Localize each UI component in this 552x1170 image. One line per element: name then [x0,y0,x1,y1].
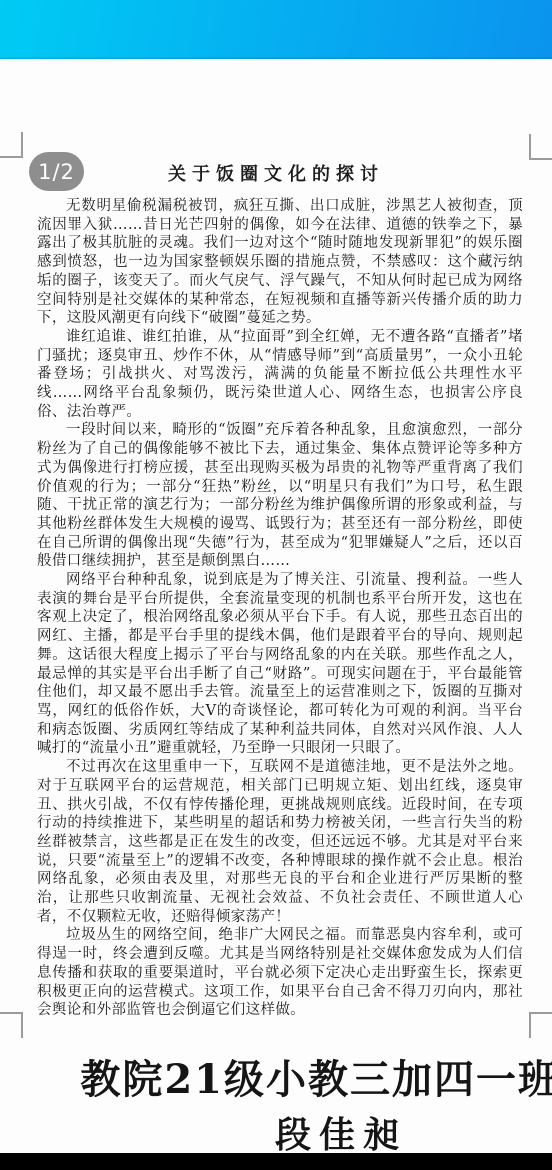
document-viewer-page[interactable]: 1/2 关于饭圈文化的探讨 无数明星偷税漏税被罚，疯狂互撕、出口成脏，涉黑艺人被… [0,0,552,1170]
signature-class-line: 教院21级小教三加四一班 [0,1048,552,1105]
bottom-black-bar [0,1153,552,1170]
crop-corner-bottom-right-icon [529,1012,552,1038]
document-title: 关于饭圈文化的探讨 [0,160,552,186]
crop-corner-bottom-left-icon [0,1012,23,1038]
essay-paragraph: 无数明星偷税漏税被罚，疯狂互撕、出口成脏，涉黑艺人被彻查，顶流因罪入狱……昔日光… [37,197,523,328]
essay-paragraph: 网络平台种种乱象，说到底是为了博关注、引流量、搜利益。一些人表演的舞台是平台所提… [37,571,523,758]
essay-paragraph: 不过再次在这里重申一下，互联网不是道德洼地，更不是法外之地。对于互联网平台的运营… [37,758,523,926]
header-gradient-bar [0,0,552,59]
crop-corner-top-right-icon [529,134,552,160]
handwritten-signature: 教院21级小教三加四一班 段佳昶 [0,1048,552,1158]
essay-body: 无数明星偷税漏税被罚，疯狂互撕、出口成脏，涉黑艺人被彻查，顶流因罪入狱……昔日光… [37,197,523,1020]
essay-paragraph: 谁红追谁、谁红拍谁，从“拉面哥”到全红婵，无不遭各路“直播者”堵门骚扰；逐臭审丑… [37,328,523,422]
essay-paragraph: 一段时间以来，畸形的“饭圈”充斥着各种乱象，且愈演愈烈，一部分粉丝为了自己的偶像… [37,421,523,571]
crop-corner-top-left-icon [0,132,23,158]
signature-name-line: 段佳昶 [0,1107,552,1158]
essay-paragraph: 垃圾丛生的网络空间，绝非广大网民之福。而靠恶臭内容牟利，或可得逞一时，终会遭到反… [37,926,523,1020]
